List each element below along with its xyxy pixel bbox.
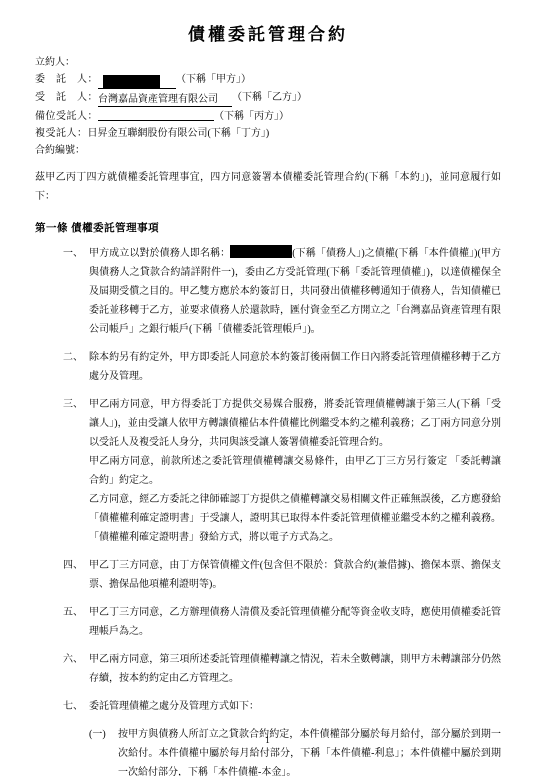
clause-text-segment: (下稱「債務人」)之債權(下稱「本件債權」)(甲方與債務人之貸款合約請詳附件一)… bbox=[89, 248, 501, 335]
clause-number: 四、 bbox=[63, 556, 83, 575]
clause-number: 一、 bbox=[63, 244, 83, 263]
party-suffix: （下稱「丙方」） bbox=[214, 111, 289, 122]
clause-number: 六、 bbox=[63, 650, 83, 669]
clause-heading: 第一條 債權委託管理事項 bbox=[35, 220, 501, 235]
party-label: 複受託人： bbox=[35, 128, 88, 139]
clause-number: 三、 bbox=[63, 395, 83, 414]
party-label: 委 託 人： bbox=[35, 74, 98, 85]
clause-text: 甲乙兩方同意，第三項所述委託管理債權轉讓之情況，若未全數轉讓，則甲方未轉讓部分仍… bbox=[89, 654, 501, 684]
clause-number: 二、 bbox=[63, 348, 83, 367]
clause-item-6: 六、 甲乙兩方同意，第三項所述委託管理債權轉讓之情況，若未全數轉讓，則甲方未轉讓… bbox=[63, 650, 501, 688]
clause-text: 甲乙丁三方同意，乙方辦理債務人清償及委託管理債權分配等資金收支時，應使用債權委託… bbox=[89, 607, 501, 637]
clause-item-3: 三、 甲乙兩方同意，甲方得委託丁方提供交易媒合服務，將委託管理債權轉讓于第三人(… bbox=[63, 395, 501, 547]
clause-item-7: 七、 委託管理債權之處分及管理方式如下： bbox=[63, 697, 501, 716]
page-number: 1 bbox=[0, 735, 535, 745]
clause-item-1: 一、 甲方成立以對於債務人即名稱：(下稱「債務人」)之債權(下稱「本件債權」)(… bbox=[63, 244, 501, 339]
redaction-box bbox=[103, 75, 160, 88]
clause-list: 一、 甲方成立以對於債務人即名稱：(下稱「債務人」)之債權(下稱「本件債權」)(… bbox=[63, 244, 501, 776]
party-value-field bbox=[98, 75, 176, 89]
party-value: 台灣嘉品資產管理有限公司 bbox=[98, 94, 218, 105]
clause-number: 七、 bbox=[63, 697, 83, 716]
party-suffix: （下稱「甲方」） bbox=[176, 74, 251, 85]
intro-paragraph: 茲甲乙丙丁四方就債權委託管理事宜，四方同意簽署本債權委託管理合約(下稱「本約」)… bbox=[35, 168, 501, 206]
clause-number: 五、 bbox=[63, 603, 83, 622]
contract-title: 債權委託管理合約 bbox=[35, 20, 501, 45]
contract-page: 債權委託管理合約 立約人： 委 託 人：（下稱「甲方」） 受 託 人：台灣嘉品資… bbox=[0, 0, 535, 776]
party-value: 日昇金互聯網股份有限公司 bbox=[88, 128, 208, 139]
party-label: 備位受託人： bbox=[35, 111, 98, 122]
clause-text: 委託管理債權之處分及管理方式如下： bbox=[89, 701, 259, 712]
party-row-trustee: 受 託 人：台灣嘉品資產管理有限公司（下稱「乙方」） bbox=[35, 89, 501, 107]
party-suffix: (下稱「丁方」) bbox=[208, 128, 270, 139]
party-value-field: 台灣嘉品資產管理有限公司 bbox=[98, 93, 232, 107]
clause-text-segment: 甲方成立以對於債務人即名稱： bbox=[89, 248, 230, 259]
clause-paragraph: 乙方同意，經乙方委託之律師確認丁方提供之債權轉讓交易相關文件正確無誤後，乙方應發… bbox=[89, 490, 501, 547]
party-row-sub-trustee: 複受託人：日昇金互聯網股份有限公司(下稱「丁方」) bbox=[35, 125, 501, 142]
party-row-backup-trustee: 備位受託人：（下稱「丙方」） bbox=[35, 107, 501, 125]
clause-item-2: 二、 除本約另有約定外，甲方即委託人同意於本約簽訂後兩個工作日內將委託管理債權移… bbox=[63, 348, 501, 386]
parties-label: 立約人： bbox=[35, 54, 501, 71]
contract-number-label: 合約編號： bbox=[35, 142, 501, 159]
clause-paragraph: 甲乙兩方同意，甲方得委託丁方提供交易媒合服務，將委託管理債權轉讓于第三人(下稱「… bbox=[89, 395, 501, 452]
party-row-trustor: 委 託 人：（下稱「甲方」） bbox=[35, 71, 501, 89]
party-label: 受 託 人： bbox=[35, 92, 98, 103]
clause-paragraph: 甲乙兩方同意，前款所述之委託管理債權轉讓交易條件，由甲乙丁三方另行簽定 「委託轉… bbox=[89, 452, 501, 490]
clause-text: 除本約另有約定外，甲方即委託人同意於本約簽訂後兩個工作日內將委託管理債權移轉于乙… bbox=[89, 352, 501, 382]
blank-underline bbox=[98, 107, 214, 121]
clause-item-4: 四、 甲乙丁三方同意，由丁方保管債權文件(包含但不限於：貸款合約(兼借據)、擔保… bbox=[63, 556, 501, 594]
sub-clause-item-7-1: (一) 按甲方與債務人所訂立之貸款合約約定，本件債權部分屬於每月給付，部分屬於到… bbox=[89, 725, 501, 776]
clause-item-5: 五、 甲乙丁三方同意，乙方辦理債務人清償及委託管理債權分配等資金收支時，應使用債… bbox=[63, 603, 501, 641]
redaction-box bbox=[230, 245, 292, 258]
party-suffix: （下稱「乙方」） bbox=[232, 92, 307, 103]
clause-text: 甲乙丁三方同意，由丁方保管債權文件(包含但不限於：貸款合約(兼借據)、擔保本票、… bbox=[89, 560, 501, 590]
